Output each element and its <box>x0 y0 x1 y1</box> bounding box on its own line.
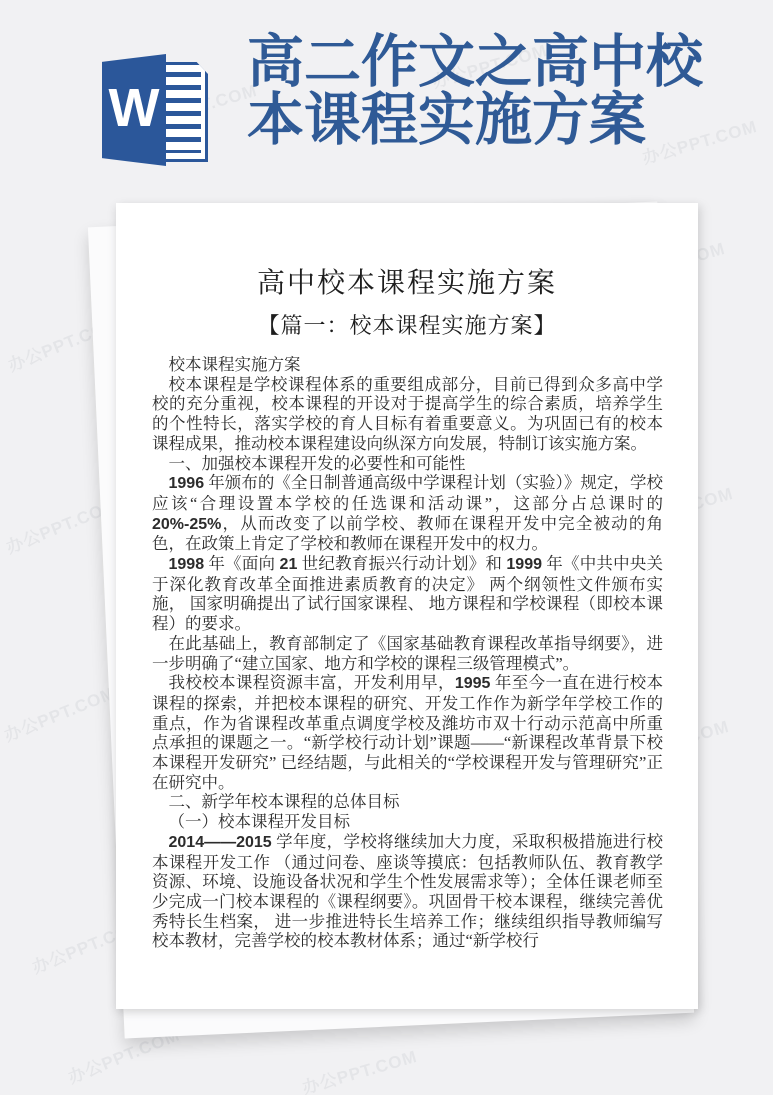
paragraph: 1998 年《面向 21 世纪教育振兴行动计划》和 1999 年《中共中央关于深… <box>152 554 663 634</box>
paragraph: 校本课程是学校课程体系的重要组成部分，目前已得到众多高中学校的充分重视，校本课程… <box>152 375 663 454</box>
paragraph: 2014——2015 学年度，学校将继续加大力度，采取积极措施进行校本课程开发工… <box>152 832 663 951</box>
word-icon: W <box>88 48 238 176</box>
watermark-text: 办公PPT.COM <box>299 1042 420 1095</box>
page-background: 办公PPT.COM 办公PPT.COM 办公PPT.COM 办公PPT.COM … <box>0 0 773 1095</box>
paragraph: 在此基础上，教育部制定了《国家基础教育课程改革指导纲要》，进一步明确了“建立国家… <box>152 634 663 673</box>
document-title: 高中校本课程实施方案 <box>116 261 698 301</box>
paragraph: 1996 年颁布的《全日制普通高级中学课程计划（实验）》规定，学校应该“合理设置… <box>152 473 663 554</box>
watermark-text: 办公PPT.COM <box>0 679 119 747</box>
document-body: 校本课程实施方案校本课程是学校课程体系的重要组成部分，目前已得到众多高中学校的充… <box>152 355 663 951</box>
paragraph: 校本课程实施方案 <box>152 355 663 375</box>
word-icon-sheet-lines <box>162 72 201 153</box>
document-page: 高中校本课程实施方案 【篇一：校本课程实施方案】 校本课程实施方案校本课程是学校… <box>116 203 698 1009</box>
word-icon-cover: W <box>102 54 166 166</box>
header-title: 高二作文之高中校本课程实施方案 <box>247 34 733 150</box>
paragraph: （一）校本课程开发目标 <box>152 812 663 832</box>
document-subtitle: 【篇一：校本课程实施方案】 <box>116 309 698 340</box>
word-icon-letter: W <box>109 81 160 139</box>
paragraph: 二、新学年校本课程的总体目标 <box>152 792 663 812</box>
paragraph: 我校校本课程资源丰富，开发利用早，1995 年至今一直在进行校本课程的探索，并把… <box>152 673 663 792</box>
paragraph: 一、加强校本课程开发的必要性和可能性 <box>152 454 663 474</box>
